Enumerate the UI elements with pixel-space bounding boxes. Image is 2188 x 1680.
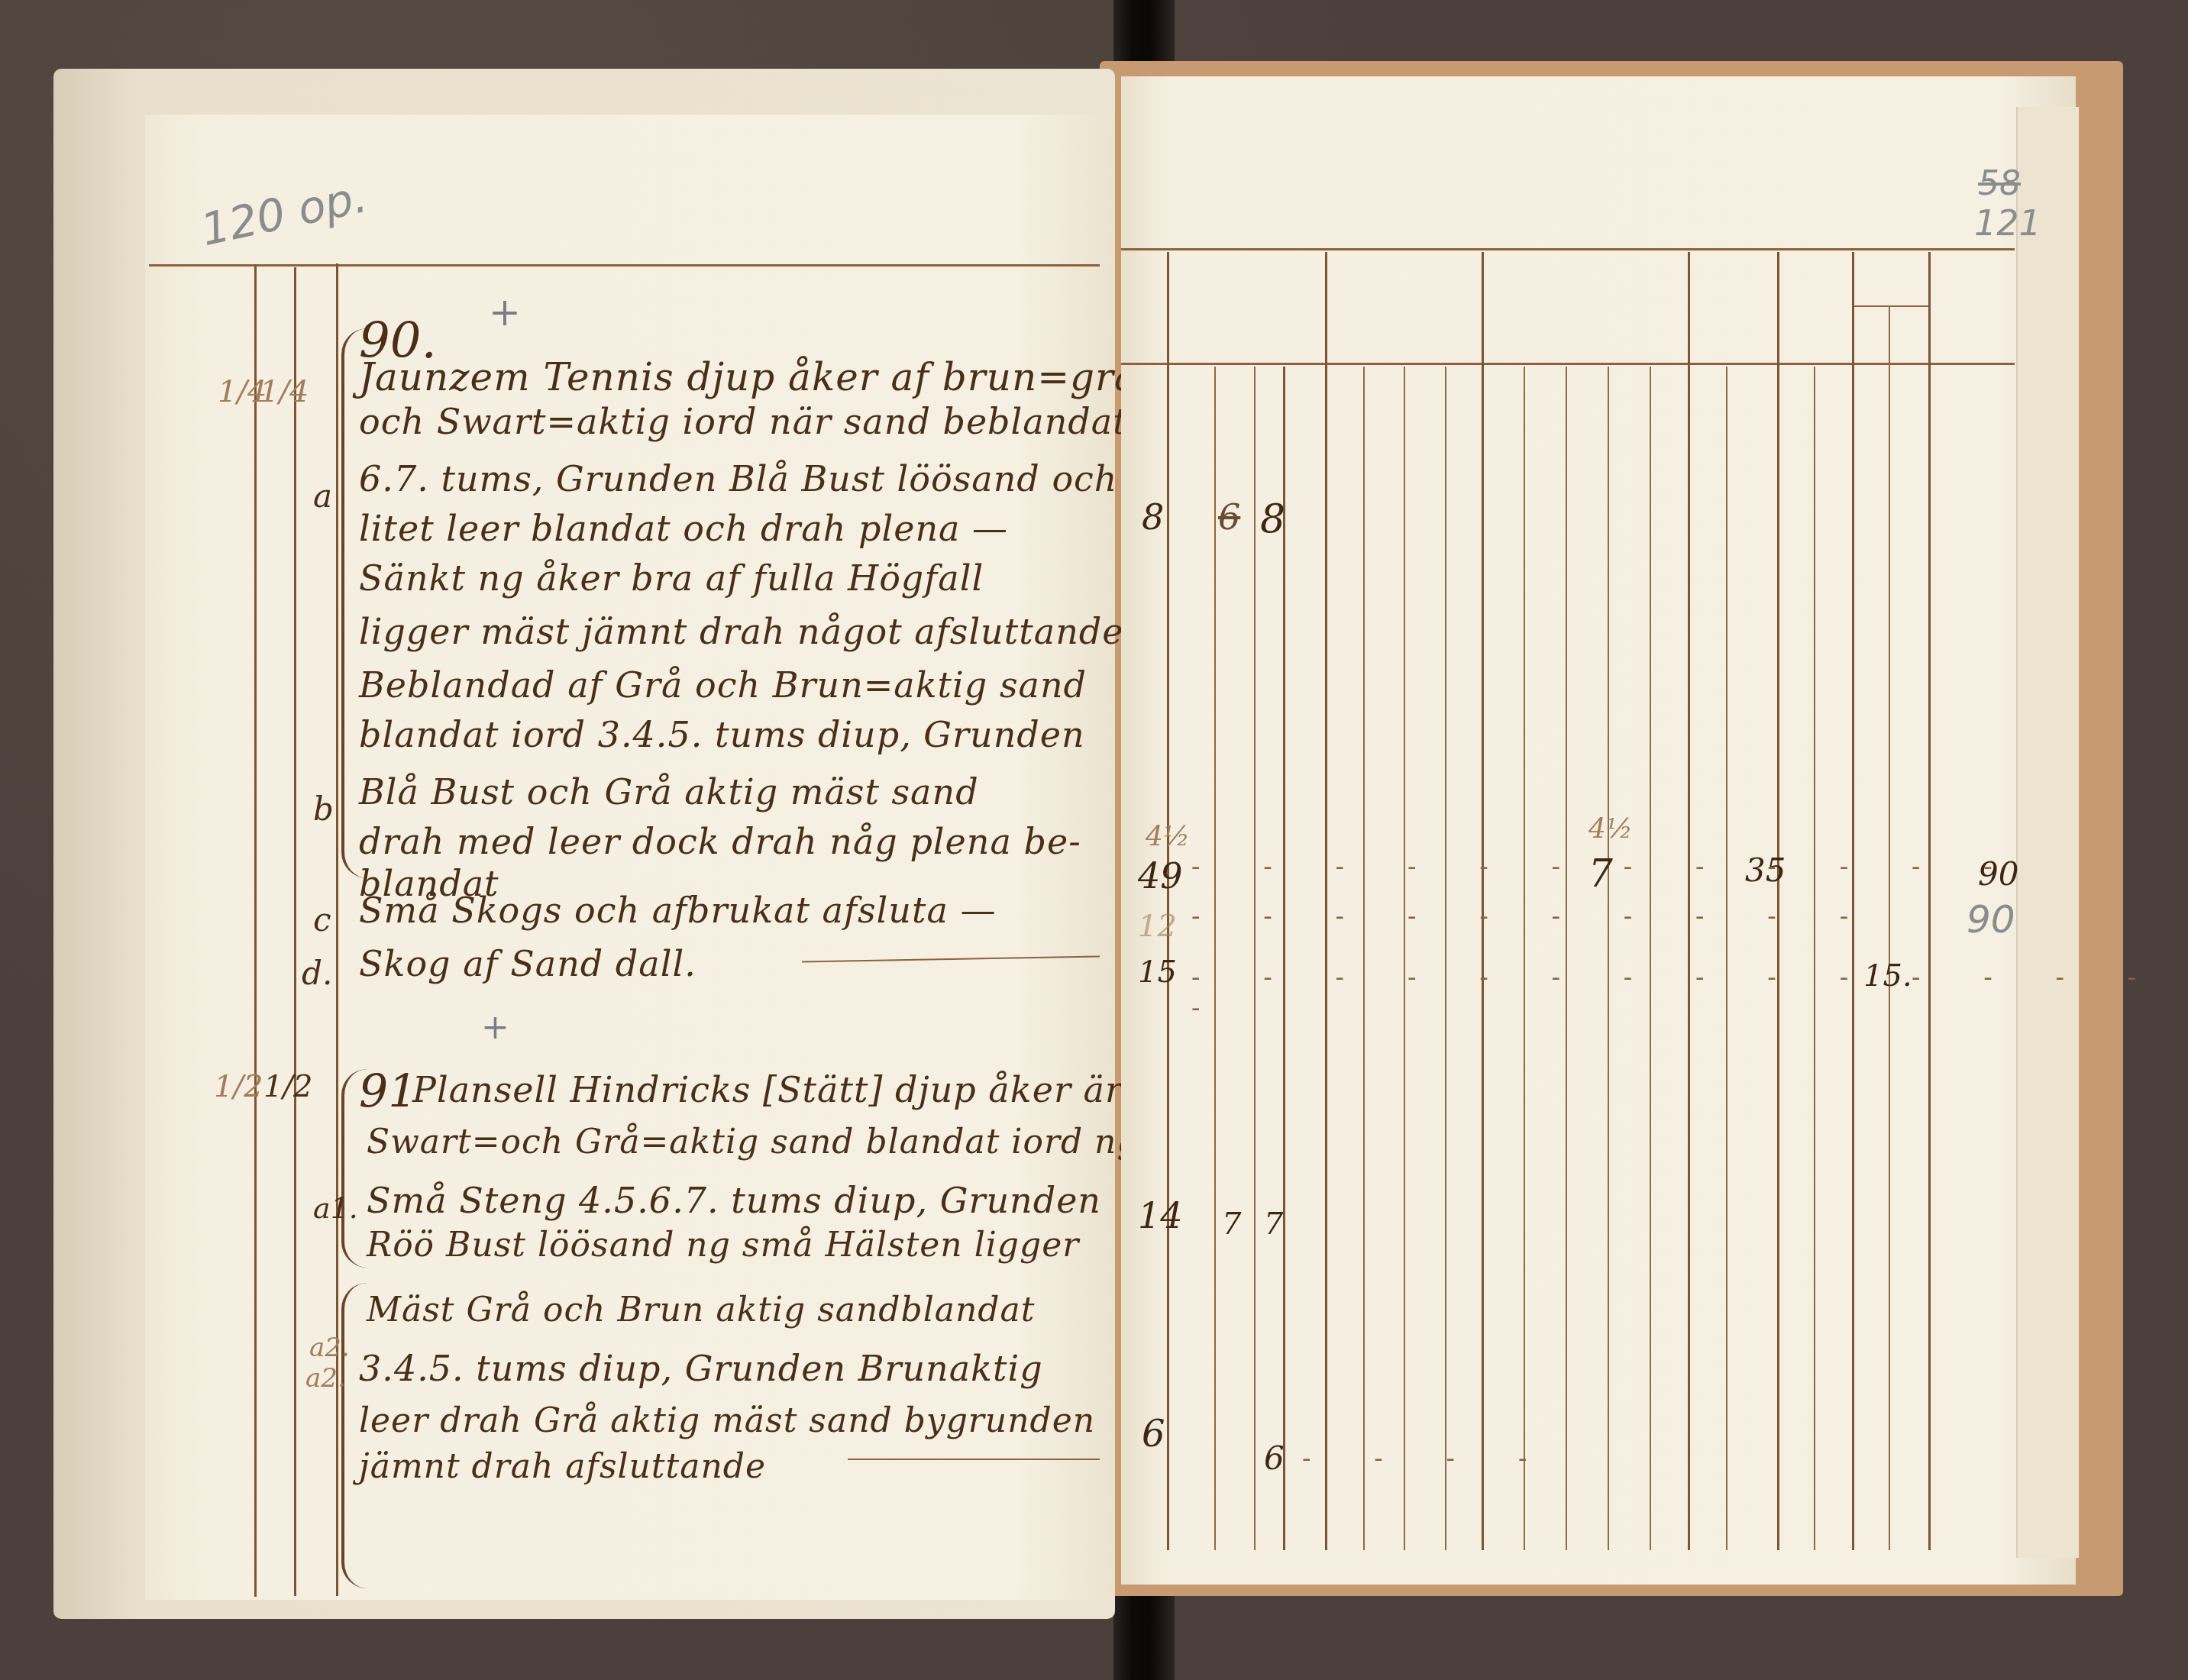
entry-90-line-9: Blå Bust och Grå aktig mäst sand <box>359 771 979 813</box>
entry-91-line-8: jämnt drah afsluttande <box>359 1447 766 1486</box>
ditto-marks-row-90d: - - - - - - - - - - - - - - - <box>1191 962 2188 1023</box>
col-line <box>1254 367 1256 1550</box>
val-90c-1: 12 <box>1138 909 1177 944</box>
val-90b-1: 49 <box>1138 855 1183 897</box>
col-line <box>1814 367 1815 1550</box>
marker-b: b <box>313 790 334 828</box>
col-line <box>1608 367 1609 1550</box>
col-line <box>1524 367 1525 1550</box>
val-91b-2: 6 <box>1264 1439 1285 1477</box>
entry-90-line-2: och Swart=aktig iord när sand beblandat … <box>359 401 1245 442</box>
col-line <box>1363 367 1365 1550</box>
col-line <box>1650 367 1651 1550</box>
entry-91-number: 91 <box>359 1065 417 1119</box>
ditto-marks-row-90b: - - - - - - - - - - - - <box>1191 851 2020 882</box>
marker-a2-1: a2. <box>309 1333 350 1363</box>
plus-mark-90: + <box>489 290 521 334</box>
ditto-marks-row-91b: - - - - <box>1302 1443 1554 1474</box>
val-91b-1: 6 <box>1142 1413 1165 1455</box>
entry-90-line-10: drah med leer dock drah någ plena be- <box>359 821 1081 862</box>
col-line <box>1404 367 1405 1550</box>
right-folio-struck: 58 <box>1978 164 2021 203</box>
entry-90-line-13: Skog af Sand dall. <box>359 943 696 984</box>
entry-91-line-3: Små Steng 4.5.6.7. tums diup, Grunden <box>367 1180 1101 1221</box>
col-line <box>1566 367 1567 1550</box>
col-line <box>1214 367 1216 1550</box>
col-line <box>1283 367 1285 1550</box>
marker-d: d. <box>302 955 332 992</box>
right-header-rule-bottom <box>1121 363 2015 365</box>
val-90d-1: 15 <box>1138 955 1177 990</box>
entry-91-close-stroke <box>848 1459 1100 1460</box>
marker-a: a <box>313 477 332 515</box>
left-margin-line-1 <box>254 264 257 1597</box>
right-header-rule-top <box>1121 248 2015 250</box>
entry-90-line-4: litet leer blandat och drah plena — <box>359 508 1008 549</box>
marker-c: c <box>313 901 331 939</box>
left-header-rule <box>149 264 1100 267</box>
col-line <box>1726 367 1727 1550</box>
marker-a1: a1. <box>313 1191 358 1225</box>
right-folio-pencil: 121 <box>1974 202 2041 244</box>
left-margin-line-2 <box>294 267 296 1596</box>
left-margin-line-3 <box>336 263 338 1596</box>
entry-90-line-8: blandat iord 3.4.5. tums diup, Grunden <box>359 714 1085 755</box>
col-line <box>1445 367 1446 1550</box>
right-page-edge <box>2016 107 2079 1558</box>
val-90a-2-struck: 6 <box>1218 496 1240 538</box>
entry-91-fraction-2: 1/2 <box>263 1069 312 1104</box>
val-90a-1: 8 <box>1142 496 1164 538</box>
entry-90-line-3: 6.7. tums, Grunden Blå Bust löösand och <box>359 458 1118 499</box>
col-line <box>1889 305 1890 1550</box>
entry-90-line-6: ligger mäst jämnt drah något afsluttande… <box>359 611 1172 652</box>
ditto-marks-row-90c: - - - - - - - - - - <box>1191 901 1876 932</box>
col-line <box>1928 252 1931 1550</box>
marker-a2-2: a2. <box>305 1363 346 1394</box>
val-91a-3: 7 <box>1264 1207 1283 1242</box>
entry-90-line-5: Sänkt ng åker bra af fulla Högfall <box>359 557 984 599</box>
margin-total-pencil: 90 <box>1967 897 2015 942</box>
col-line <box>1167 252 1169 1550</box>
entry-91-line-7: leer drah Grå aktig mäst sand bygrunden <box>359 1401 1095 1440</box>
entry-91-line-4: Röö Bust löösand ng små Hälsten ligger <box>367 1226 1079 1265</box>
right-header-subrule <box>1852 305 1928 307</box>
entry-91-line-5: Mäst Grå och Brun aktig sandblandat <box>367 1291 1035 1329</box>
entry-91-fraction-1: 1/2 <box>214 1069 263 1104</box>
val-90b-top-1: 4½ <box>1146 821 1190 852</box>
plus-mark-91: + <box>481 1008 509 1047</box>
entry-91-line-1: Plansell Hindricks [Stätt] djup åker är … <box>412 1069 1170 1110</box>
entry-90-fraction-2: 1/4 <box>260 374 309 409</box>
entry-90-line-12: Små Skogs och afbrukat afsluta — <box>359 890 996 931</box>
val-90a-3: 8 <box>1260 496 1285 542</box>
entry-91-line-6: 3.4.5. tums diup, Grunden Brunaktig <box>359 1348 1043 1389</box>
entry-90-line-7: Beblandad af Grå och Brun=aktig sand <box>359 664 1087 706</box>
val-90b-top-2: 4½ <box>1588 813 1633 845</box>
entry-90-line-1: Jaunzem Tennis djup åker af brun=grå= <box>359 355 1171 399</box>
val-91a-1: 14 <box>1138 1195 1183 1236</box>
val-91a-2: 7 <box>1222 1207 1241 1242</box>
